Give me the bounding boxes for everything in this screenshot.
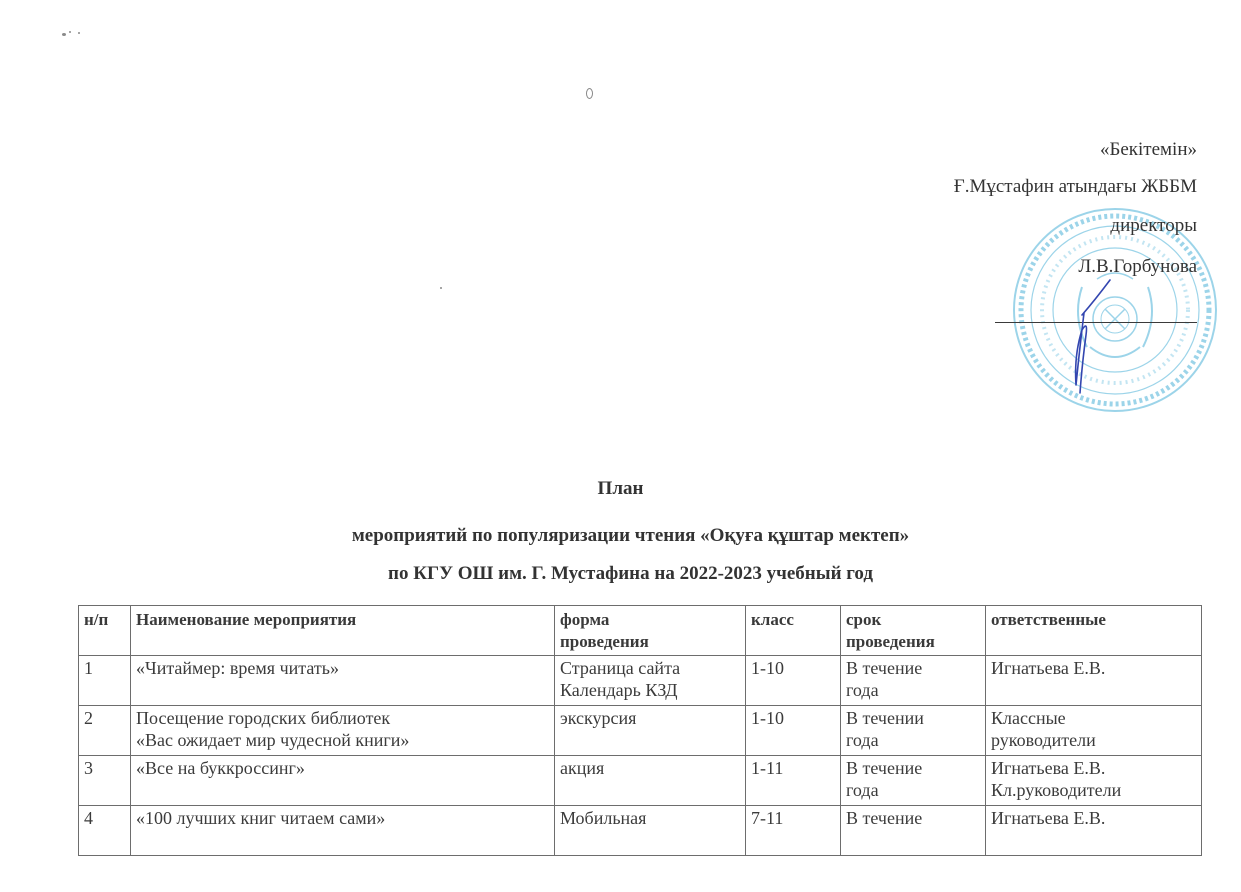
cell-col-term: В течениегода: [841, 756, 986, 806]
cell-col-event-name: «100 лучших книг читаем сами»: [131, 806, 555, 856]
cell-col-event-name: Посещение городских библиотек«Вас ожидае…: [131, 706, 555, 756]
table-row: 3«Все на буккроссинг»акция1-11В течениег…: [79, 756, 1202, 806]
header-col-grade: класс: [746, 606, 841, 656]
scan-speck: [78, 32, 80, 34]
cell-col-responsible: Игнатьева Е.В.: [986, 806, 1202, 856]
approval-school: Ғ.Мұстафин атындағы ЖББМ: [954, 176, 1197, 198]
cell-col-event-name: «Читаймер: время читать»: [131, 656, 555, 706]
header-col-term: срокпроведения: [841, 606, 986, 656]
table-row: 2Посещение городских библиотек«Вас ожида…: [79, 706, 1202, 756]
cell-col-form: Мобильная: [555, 806, 746, 856]
cell-col-term: В течениигода: [841, 706, 986, 756]
events-table: н/пНаименование мероприятияформапроведен…: [78, 605, 1202, 856]
plan-period: по КГУ ОШ им. Г. Мустафина на 2022-2023 …: [10, 563, 1241, 585]
header-col-number: н/п: [79, 606, 131, 656]
plan-title: План: [0, 478, 1241, 500]
cell-col-grade: 1-11: [746, 756, 841, 806]
cell-col-number: 3: [79, 756, 131, 806]
signature-icon: [1060, 275, 1130, 395]
cell-col-responsible: Классныеруководители: [986, 706, 1202, 756]
approval-label: «Бекітемін»: [1100, 139, 1197, 161]
cell-col-responsible: Игнатьева Е.В.Кл.руководители: [986, 756, 1202, 806]
cell-col-grade: 7-11: [746, 806, 841, 856]
cell-col-grade: 1-10: [746, 706, 841, 756]
cell-col-term: В течение: [841, 806, 986, 856]
table-row: 4«100 лучших книг читаем сами»Мобильная7…: [79, 806, 1202, 856]
header-col-event-name: Наименование мероприятия: [131, 606, 555, 656]
plan-subtitle: мероприятий по популяризации чтения «Оқу…: [10, 525, 1241, 547]
cell-col-event-name: «Все на буккроссинг»: [131, 756, 555, 806]
cell-col-number: 4: [79, 806, 131, 856]
cell-col-form: акция: [555, 756, 746, 806]
cell-col-form: экскурсия: [555, 706, 746, 756]
table-row: 1«Читаймер: время читать»Страница сайтаК…: [79, 656, 1202, 706]
cell-col-responsible: Игнатьева Е.В.: [986, 656, 1202, 706]
director-position: директоры: [1110, 215, 1197, 237]
cell-col-form: Страница сайтаКалендарь КЗД: [555, 656, 746, 706]
cell-col-grade: 1-10: [746, 656, 841, 706]
header-col-form: формапроведения: [555, 606, 746, 656]
header-col-responsible: ответственные: [986, 606, 1202, 656]
scan-speck: [69, 31, 71, 33]
cell-col-number: 2: [79, 706, 131, 756]
scan-speck: [62, 33, 66, 36]
scan-speck: [586, 88, 593, 99]
scan-speck: [440, 287, 442, 289]
cell-col-term: В течениегода: [841, 656, 986, 706]
table-header-row: н/пНаименование мероприятияформапроведен…: [79, 606, 1202, 656]
cell-col-number: 1: [79, 656, 131, 706]
